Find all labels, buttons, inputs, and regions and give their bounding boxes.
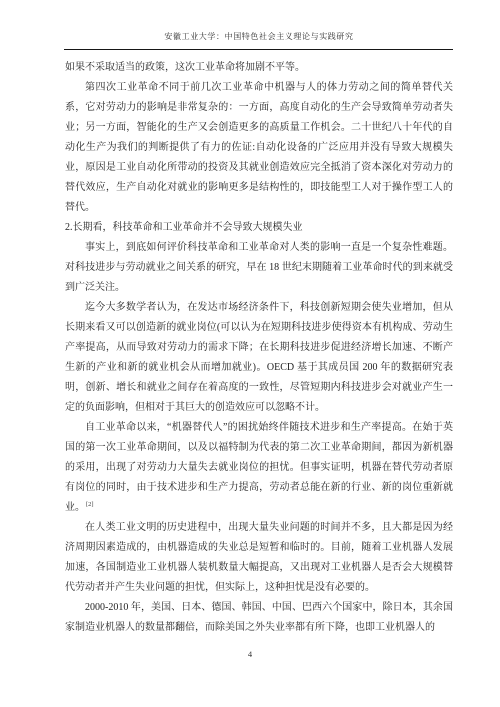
paragraph: 第四次工业革命不同于前几次工业革命中机器与人的体力劳动之间的简单替代关系，它对劳… bbox=[65, 78, 453, 218]
footnote-ref: [2] bbox=[86, 501, 94, 508]
header-rule bbox=[64, 49, 453, 50]
section-heading: 2.长期看，科技革命和工业革命并不会导致大规模失业 bbox=[65, 218, 453, 238]
document-body: 如果不采取适当的政策，这次工业革命将加剧不平等。 第四次工业革命不同于前几次工业… bbox=[65, 58, 453, 638]
paragraph: 自工业革命以来，“机器替代人”的困扰始终伴随技术进步和生产率提高。在始于英国的第… bbox=[65, 418, 453, 518]
paragraph-text: 自工业革命以来，“机器替代人”的困扰始终伴随技术进步和生产率提高。在始于英国的第… bbox=[65, 422, 453, 513]
paragraph: 2000-2010 年，美国、日本、德国、韩国、中国、巴西六个国家中，除日本，其… bbox=[65, 598, 453, 638]
page-footer: 4 bbox=[0, 649, 500, 659]
paragraph: 如果不采取适当的政策，这次工业革命将加剧不平等。 bbox=[65, 58, 453, 78]
paragraph: 迄今大多数学者认为，在发达市场经济条件下，科技创新短期会使失业增加，但从长期来看… bbox=[65, 298, 453, 418]
header-title: 安徽工业大学：中国特色社会主义理论与实践研究 bbox=[65, 31, 453, 42]
paragraph: 在人类工业文明的历史进程中，出现大量失业问题的时间并不多，且大都是因为经济周期因… bbox=[65, 518, 453, 598]
page-number: 4 bbox=[248, 649, 252, 659]
paragraph: 事实上，到底如何评价科技革命和工业革命对人类的影响一直是一个复杂性难题。对科技进… bbox=[65, 238, 453, 298]
document-page: 安徽工业大学：中国特色社会主义理论与实践研究 如果不采取适当的政策，这次工业革命… bbox=[0, 0, 500, 707]
